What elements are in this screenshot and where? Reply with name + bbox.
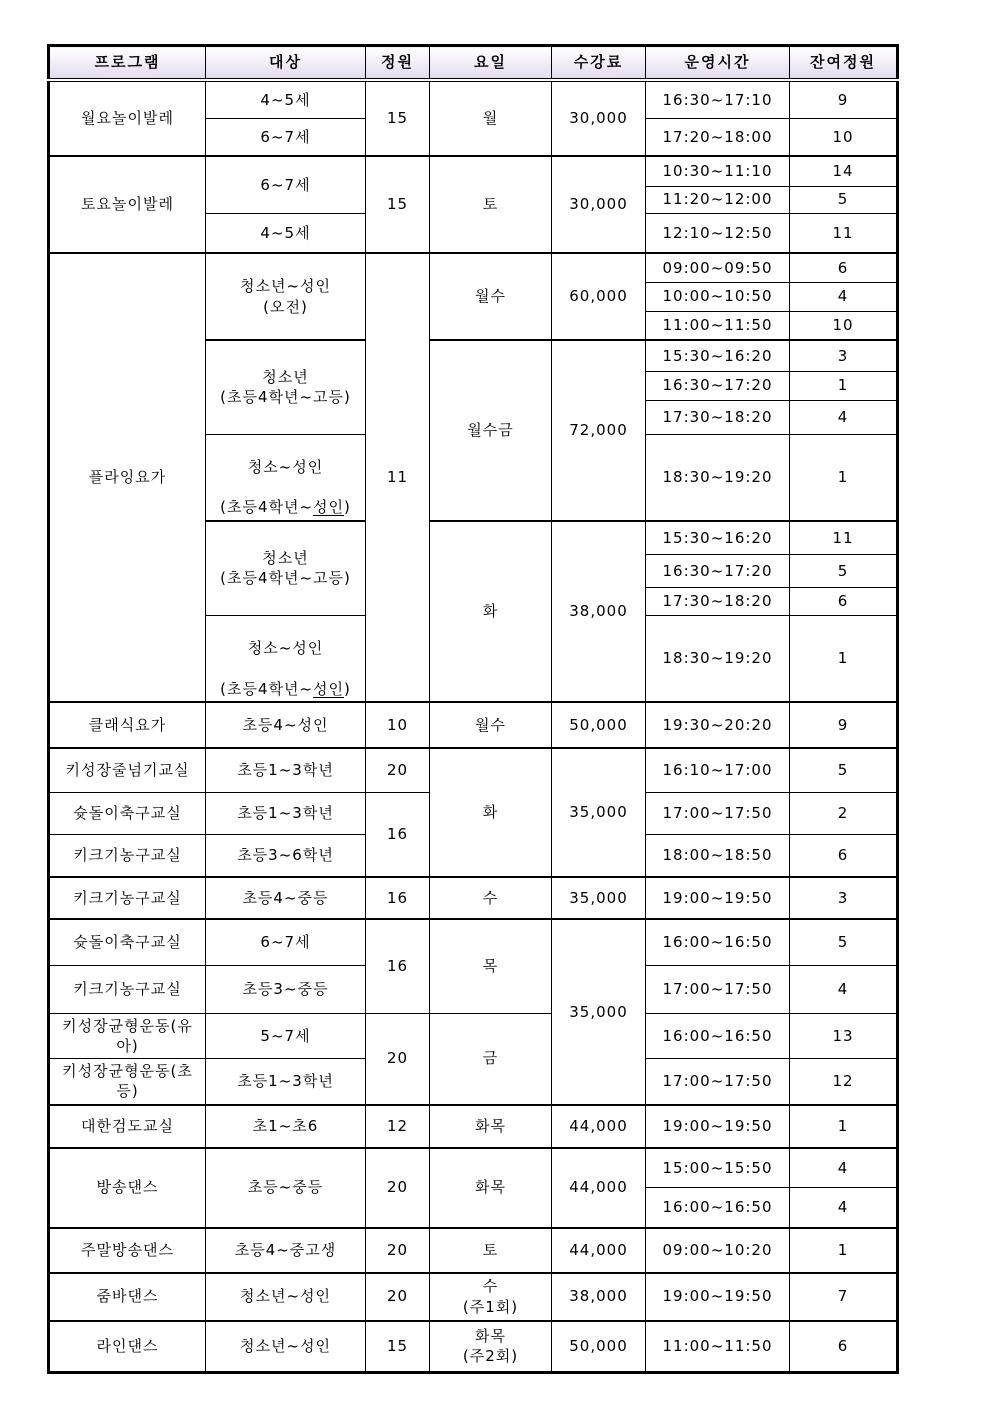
remaining-cell: 10	[790, 311, 898, 340]
remaining-cell: 1	[790, 434, 898, 521]
header-time: 운영시간	[646, 46, 790, 81]
target-cell: 초등4~중고생	[206, 1228, 366, 1273]
target-cell: 6~7세	[206, 919, 366, 965]
target-cell: 초등~중등	[206, 1148, 366, 1228]
header-day: 요일	[430, 46, 552, 81]
target-cell: 청소~성인 (초등4학년~성인)	[206, 434, 366, 521]
target-line2-underline: 성인	[313, 498, 344, 516]
program-cell: 슛돌이축구교실	[49, 919, 206, 965]
time-cell: 09:00~10:20	[646, 1228, 790, 1273]
program-cell: 키성장균형운동(초등)	[49, 1059, 206, 1105]
time-cell: 12:10~12:50	[646, 213, 790, 253]
remaining-cell: 6	[790, 1321, 898, 1373]
program-cell: 키성장균형운동(유아)	[49, 1013, 206, 1059]
time-cell: 19:00~19:50	[646, 1105, 790, 1148]
remaining-cell: 6	[790, 253, 898, 282]
table-row: 플라잉요가 청소년~성인 (오전) 11 월수 60,000 09:00~09:…	[49, 253, 898, 282]
remaining-cell: 14	[790, 156, 898, 186]
fee-cell: 44,000	[552, 1148, 646, 1228]
time-cell: 18:00~18:50	[646, 834, 790, 877]
time-cell: 17:20~18:00	[646, 118, 790, 156]
target-line2-end: )	[344, 498, 351, 516]
target-line2: (초등4학년~	[220, 498, 313, 516]
header-remaining: 잔여정원	[790, 46, 898, 81]
fee-cell: 72,000	[552, 340, 646, 521]
program-cell: 월요놀이발레	[49, 80, 206, 156]
remaining-cell: 11	[790, 213, 898, 253]
target-line2-underline: 성인	[313, 680, 344, 698]
fee-cell: 35,000	[552, 877, 646, 919]
day-cell: 수	[430, 877, 552, 919]
table-row: 대한검도교실 초1~초6 12 화목 44,000 19:00~19:50 1	[49, 1105, 898, 1148]
program-cell: 대한검도교실	[49, 1105, 206, 1148]
fee-cell: 35,000	[552, 748, 646, 877]
target-cell: 4~5세	[206, 80, 366, 118]
program-cell: 키크기농구교실	[49, 834, 206, 877]
capacity-cell: 15	[366, 1321, 430, 1373]
target-line2: (초등4학년~	[220, 680, 313, 698]
time-cell: 11:00~11:50	[646, 311, 790, 340]
target-line2-end: )	[344, 680, 351, 698]
day-cell: 화목 (주2회)	[430, 1321, 552, 1373]
remaining-cell: 1	[790, 1105, 898, 1148]
target-cell: 4~5세	[206, 213, 366, 253]
table-row: 토요놀이발레 6~7세 15 토 30,000 10:30~11:10 14	[49, 156, 898, 186]
capacity-cell: 16	[366, 919, 430, 1013]
time-cell: 17:30~18:20	[646, 400, 790, 434]
fee-cell: 30,000	[552, 156, 646, 253]
table-row: 월요놀이발레 4~5세 15 월 30,000 16:30~17:10 9	[49, 80, 898, 118]
fee-cell: 50,000	[552, 702, 646, 748]
target-cell: 초등3~6학년	[206, 834, 366, 877]
day-cell: 월	[430, 80, 552, 156]
time-cell: 15:00~15:50	[646, 1148, 790, 1188]
time-cell: 19:00~19:50	[646, 877, 790, 919]
target-cell: 초등1~3학년	[206, 1059, 366, 1105]
capacity-cell: 20	[366, 1148, 430, 1228]
target-cell: 초등1~3학년	[206, 792, 366, 834]
capacity-cell: 20	[366, 1228, 430, 1273]
fee-cell: 44,000	[552, 1105, 646, 1148]
capacity-cell: 11	[366, 253, 430, 702]
time-cell: 10:00~10:50	[646, 282, 790, 311]
document-page: 프로그램 대상 정원 요일 수강료 운영시간 잔여정원 월요놀이발레 4~5세 …	[0, 0, 992, 1403]
day-cell: 목	[430, 919, 552, 1013]
fee-cell: 38,000	[552, 1273, 646, 1321]
capacity-cell: 12	[366, 1105, 430, 1148]
remaining-cell: 4	[790, 1148, 898, 1188]
remaining-cell: 12	[790, 1059, 898, 1105]
day-cell: 월수금	[430, 340, 552, 521]
target-cell: 청소년 (초등4학년~고등)	[206, 521, 366, 616]
capacity-cell: 16	[366, 792, 430, 877]
remaining-cell: 3	[790, 877, 898, 919]
remaining-cell: 3	[790, 340, 898, 371]
program-cell: 라인댄스	[49, 1321, 206, 1373]
target-cell: 청소년~성인	[206, 1321, 366, 1373]
time-cell: 17:00~17:50	[646, 792, 790, 834]
time-cell: 16:00~16:50	[646, 919, 790, 965]
target-cell: 초등4~성인	[206, 702, 366, 748]
time-cell: 18:30~19:20	[646, 434, 790, 521]
table-row: 키성장줄넘기교실 초등1~3학년 20 화 35,000 16:10~17:00…	[49, 748, 898, 792]
target-cell: 초1~초6	[206, 1105, 366, 1148]
table-row: 슛돌이축구교실 6~7세 16 목 35,000 16:00~16:50 5	[49, 919, 898, 965]
time-cell: 17:00~17:50	[646, 965, 790, 1013]
fee-cell: 50,000	[552, 1321, 646, 1373]
time-cell: 10:30~11:10	[646, 156, 790, 186]
remaining-cell: 5	[790, 919, 898, 965]
remaining-cell: 4	[790, 400, 898, 434]
remaining-cell: 13	[790, 1013, 898, 1059]
program-cell: 방송댄스	[49, 1148, 206, 1228]
header-row: 프로그램 대상 정원 요일 수강료 운영시간 잔여정원	[49, 46, 898, 81]
fee-cell: 38,000	[552, 521, 646, 703]
day-cell: 수 (주1회)	[430, 1273, 552, 1321]
program-cell: 주말방송댄스	[49, 1228, 206, 1273]
fee-cell: 35,000	[552, 919, 646, 1105]
header-program: 프로그램	[49, 46, 206, 81]
capacity-cell: 15	[366, 156, 430, 253]
program-cell: 토요놀이발레	[49, 156, 206, 253]
fee-cell: 30,000	[552, 80, 646, 156]
target-cell: 청소년~성인 (오전)	[206, 253, 366, 340]
fee-cell: 60,000	[552, 253, 646, 340]
time-cell: 11:00~11:50	[646, 1321, 790, 1373]
table-row: 클래식요가 초등4~성인 10 월수 50,000 19:30~20:20 9	[49, 702, 898, 748]
target-cell: 6~7세	[206, 156, 366, 213]
remaining-cell: 9	[790, 80, 898, 118]
fee-cell: 44,000	[552, 1228, 646, 1273]
time-cell: 17:30~18:20	[646, 588, 790, 616]
time-cell: 09:00~09:50	[646, 253, 790, 282]
remaining-cell: 1	[790, 1228, 898, 1273]
remaining-cell: 4	[790, 1188, 898, 1228]
remaining-cell: 4	[790, 965, 898, 1013]
remaining-cell: 1	[790, 371, 898, 400]
remaining-cell: 1	[790, 616, 898, 703]
table-row: 라인댄스 청소년~성인 15 화목 (주2회) 50,000 11:00~11:…	[49, 1321, 898, 1373]
capacity-cell: 15	[366, 80, 430, 156]
program-schedule-table: 프로그램 대상 정원 요일 수강료 운영시간 잔여정원 월요놀이발레 4~5세 …	[47, 44, 899, 1374]
capacity-cell: 20	[366, 748, 430, 792]
day-cell: 화	[430, 748, 552, 877]
time-cell: 19:30~20:20	[646, 702, 790, 748]
table-row: 키성장균형운동(유아) 5~7세 20 금 16:00~16:50 13	[49, 1013, 898, 1059]
header-target: 대상	[206, 46, 366, 81]
day-cell: 금	[430, 1013, 552, 1105]
target-cell: 5~7세	[206, 1013, 366, 1059]
remaining-cell: 6	[790, 588, 898, 616]
program-cell: 줌바댄스	[49, 1273, 206, 1321]
day-cell: 토	[430, 156, 552, 253]
target-cell: 6~7세	[206, 118, 366, 156]
target-cell: 청소년 (초등4학년~고등)	[206, 340, 366, 434]
capacity-cell: 20	[366, 1273, 430, 1321]
target-line1: 청소~성인	[248, 639, 324, 657]
header-fee: 수강료	[552, 46, 646, 81]
remaining-cell: 9	[790, 702, 898, 748]
header-capacity: 정원	[366, 46, 430, 81]
time-cell: 11:20~12:00	[646, 186, 790, 213]
day-cell: 화목	[430, 1148, 552, 1228]
remaining-cell: 10	[790, 118, 898, 156]
time-cell: 18:30~19:20	[646, 616, 790, 703]
remaining-cell: 11	[790, 521, 898, 555]
capacity-cell: 20	[366, 1013, 430, 1105]
target-cell: 초등4~중등	[206, 877, 366, 919]
time-cell: 15:30~16:20	[646, 340, 790, 371]
table-row: 주말방송댄스 초등4~중고생 20 토 44,000 09:00~10:20 1	[49, 1228, 898, 1273]
table-row: 방송댄스 초등~중등 20 화목 44,000 15:00~15:50 4	[49, 1148, 898, 1188]
time-cell: 16:10~17:00	[646, 748, 790, 792]
target-line1: 청소~성인	[248, 458, 324, 476]
table-row: 키크기농구교실 초등4~중등 16 수 35,000 19:00~19:50 3	[49, 877, 898, 919]
program-cell: 키성장줄넘기교실	[49, 748, 206, 792]
time-cell: 15:30~16:20	[646, 521, 790, 555]
day-cell: 화	[430, 521, 552, 703]
remaining-cell: 6	[790, 834, 898, 877]
program-cell: 슛돌이축구교실	[49, 792, 206, 834]
remaining-cell: 5	[790, 748, 898, 792]
remaining-cell: 4	[790, 282, 898, 311]
time-cell: 16:30~17:10	[646, 80, 790, 118]
time-cell: 19:00~19:50	[646, 1273, 790, 1321]
day-cell: 토	[430, 1228, 552, 1273]
program-cell: 플라잉요가	[49, 253, 206, 702]
target-cell: 초등3~중등	[206, 965, 366, 1013]
remaining-cell: 5	[790, 186, 898, 213]
capacity-cell: 16	[366, 877, 430, 919]
time-cell: 16:00~16:50	[646, 1188, 790, 1228]
time-cell: 17:00~17:50	[646, 1059, 790, 1105]
time-cell: 16:30~17:20	[646, 555, 790, 588]
remaining-cell: 2	[790, 792, 898, 834]
program-cell: 키크기농구교실	[49, 965, 206, 1013]
day-cell: 월수	[430, 253, 552, 340]
target-cell: 초등1~3학년	[206, 748, 366, 792]
day-cell: 월수	[430, 702, 552, 748]
capacity-cell: 10	[366, 702, 430, 748]
program-cell: 클래식요가	[49, 702, 206, 748]
time-cell: 16:30~17:20	[646, 371, 790, 400]
target-cell: 청소년~성인	[206, 1273, 366, 1321]
remaining-cell: 7	[790, 1273, 898, 1321]
time-cell: 16:00~16:50	[646, 1013, 790, 1059]
program-cell: 키크기농구교실	[49, 877, 206, 919]
day-cell: 화목	[430, 1105, 552, 1148]
remaining-cell: 5	[790, 555, 898, 588]
table-row: 줌바댄스 청소년~성인 20 수 (주1회) 38,000 19:00~19:5…	[49, 1273, 898, 1321]
target-cell: 청소~성인 (초등4학년~성인)	[206, 616, 366, 703]
